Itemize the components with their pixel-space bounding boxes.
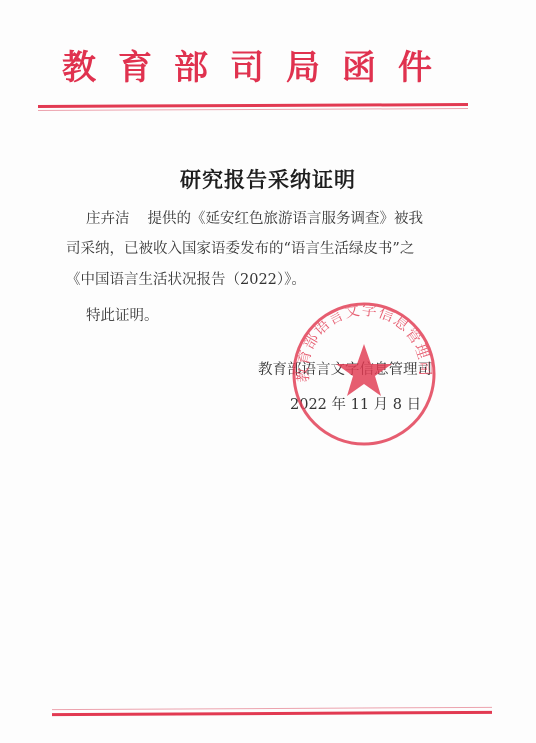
author-name: 庄卉洁 <box>86 211 130 227</box>
body-line-1-text: 提供的《延安红色旅游语言服务调查》被我 <box>148 211 424 227</box>
letterhead-title: 教育部司局函件 <box>62 48 472 88</box>
body-line-2: 司采纳，已被收入国家语委发布的“语言生活绿皮书”之 <box>66 234 486 265</box>
body-line-1: 庄卉洁提供的《延安红色旅游语言服务调查》被我 <box>86 204 506 235</box>
document-page: 教育部司局函件 研究报告采纳证明 庄卉洁提供的《延安红色旅游语言服务调查》被我 … <box>0 0 536 743</box>
footer-rule-thick <box>52 711 492 716</box>
document-title: 研究报告采纳证明 <box>0 164 536 194</box>
footer-rule-thin <box>52 707 492 710</box>
letterhead-rule-thin <box>38 108 468 111</box>
letterhead-rule-thick <box>38 103 468 108</box>
official-seal: 教育部语言文字信息管理司 <box>290 300 438 448</box>
body-line-3: 《中国语言生活状况报告（2022）》。 <box>66 265 486 296</box>
star-icon <box>336 344 392 396</box>
